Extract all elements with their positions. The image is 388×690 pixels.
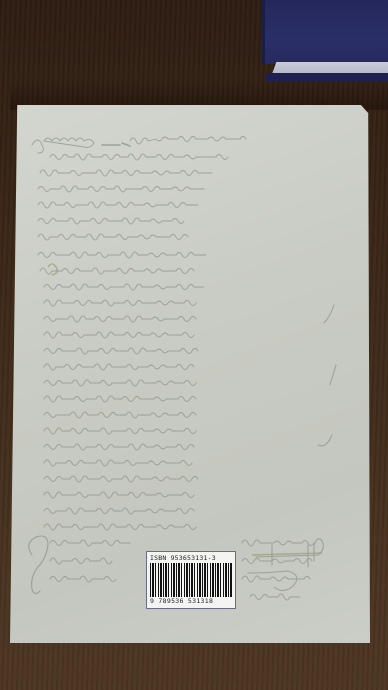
book-back-cover: ISBN 953653131-3 9 789536 531318 — [10, 105, 370, 643]
isbn-label: ISBN 953653131-3 — [150, 554, 232, 562]
isbn-barcode: ISBN 953653131-3 9 789536 531318 — [146, 551, 236, 609]
barcode-bars — [150, 563, 232, 597]
blue-hardcover-book — [262, 0, 388, 82]
blue-book-cover — [262, 0, 388, 64]
ean-number: 9 789536 531318 — [150, 597, 232, 605]
